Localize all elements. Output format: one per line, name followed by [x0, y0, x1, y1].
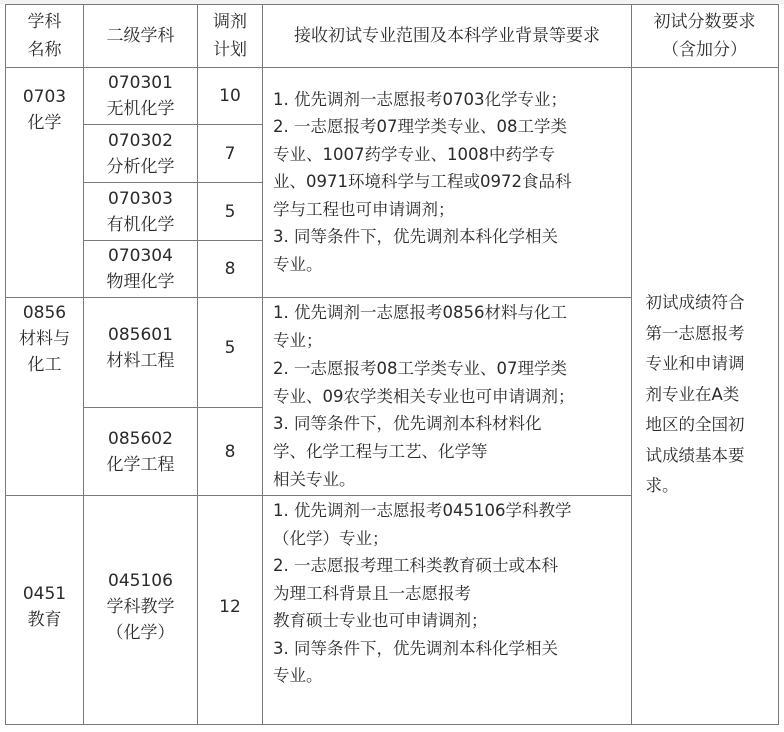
- discipline-name: 化学: [27, 110, 61, 136]
- requirements-text: 1. 优先调剂一志愿报考045106学科教学 （化学）专业； 2. 一志愿报考理…: [273, 497, 571, 690]
- plan-cell: 8: [197, 240, 264, 298]
- sub-discipline-cell: 085601 材料工程: [83, 297, 199, 409]
- plan-value: 12: [219, 594, 241, 620]
- discipline-cell-0451: 0451 教育: [5, 495, 84, 725]
- discipline-cell-0856: 0856 材料与 化工: [5, 297, 84, 497]
- discipline-code: 0703: [23, 84, 66, 110]
- plan-cell: 10: [197, 67, 264, 126]
- header-plan: 调剂 计划: [197, 4, 264, 68]
- sub-name: 化学工程: [107, 452, 175, 478]
- sub-code: 070303: [108, 186, 173, 212]
- plan-cell: 5: [197, 182, 264, 242]
- header-text: 调剂: [213, 8, 247, 36]
- plan-value: 8: [225, 256, 236, 282]
- plan-value: 10: [219, 83, 241, 109]
- header-text: 学科: [28, 8, 62, 36]
- plan-value: 8: [225, 439, 236, 465]
- discipline-code: 0451: [23, 581, 66, 607]
- header-text: 二级学科: [107, 22, 175, 50]
- sub-name: 无机化学: [107, 96, 175, 122]
- requirements-text: 1. 优先调剂一志愿报考0856材料与化工 专业； 2. 一志愿报考08工学类专…: [273, 299, 575, 494]
- header-text: 名称: [28, 36, 62, 64]
- sub-name: 物理化学: [107, 269, 175, 295]
- header-requirements: 接收初试专业范围及本科学业背景等要求: [262, 4, 632, 68]
- plan-value: 5: [225, 335, 236, 361]
- header-text: 计划: [213, 36, 247, 64]
- discipline-name: 材料与: [19, 326, 70, 352]
- sub-code: 070302: [108, 128, 173, 154]
- sub-name: 学科教学: [107, 594, 175, 620]
- sub-discipline-cell: 070302 分析化学: [83, 124, 199, 184]
- header-text: 初试分数要求: [654, 8, 756, 36]
- sub-code: 070304: [108, 243, 173, 269]
- sub-discipline-cell: 085602 化学工程: [83, 407, 199, 497]
- score-requirement-cell: 初试成绩符合 第一志愿报考 专业和申请调 剂专业在A类 地区的全国初 试成绩基本…: [631, 67, 779, 726]
- header-text: 接收初试专业范围及本科学业背景等要求: [294, 22, 600, 50]
- sub-discipline-cell: 070304 物理化学: [83, 240, 199, 298]
- plan-cell: 8: [197, 407, 264, 497]
- header-text: （含加分）: [662, 36, 747, 64]
- discipline-name: 教育: [27, 607, 61, 633]
- sub-discipline-cell: 070303 有机化学: [83, 182, 199, 242]
- header-discipline-name: 学科 名称: [5, 4, 84, 68]
- discipline-name: 化工: [28, 352, 62, 378]
- plan-cell: 12: [197, 495, 264, 725]
- requirements-cell-0451: 1. 优先调剂一志愿报考045106学科教学 （化学）专业； 2. 一志愿报考理…: [262, 495, 632, 725]
- sub-name: 分析化学: [107, 154, 175, 180]
- sub-code: 045106: [108, 568, 173, 594]
- sub-code: 085601: [108, 322, 173, 348]
- plan-cell: 7: [197, 124, 264, 184]
- requirements-text: 1. 优先调剂一志愿报考0703化学专业； 2. 一志愿报考07理学类专业、08…: [273, 86, 571, 279]
- score-requirement-text: 初试成绩符合 第一志愿报考 专业和申请调 剂专业在A类 地区的全国初 试成绩基本…: [646, 288, 745, 502]
- sub-name: 有机化学: [107, 212, 175, 238]
- sub-name: （化学）: [107, 620, 175, 646]
- sub-discipline-cell: 045106 学科教学 （化学）: [83, 495, 199, 725]
- discipline-code: 0856: [23, 300, 66, 326]
- sub-code: 085602: [108, 426, 173, 452]
- sub-code: 070301: [108, 70, 173, 96]
- header-sub-discipline: 二级学科: [83, 4, 199, 68]
- plan-value: 7: [225, 141, 236, 167]
- discipline-cell-0703: 0703 化学: [5, 67, 84, 298]
- requirements-cell-0856: 1. 优先调剂一志愿报考0856材料与化工 专业； 2. 一志愿报考08工学类专…: [262, 297, 632, 497]
- sub-discipline-cell: 070301 无机化学: [83, 67, 199, 126]
- requirements-cell-0703: 1. 优先调剂一志愿报考0703化学专业； 2. 一志愿报考07理学类专业、08…: [262, 67, 632, 298]
- header-score-requirement: 初试分数要求 （含加分）: [631, 4, 779, 68]
- plan-cell: 5: [197, 297, 264, 409]
- plan-value: 5: [225, 199, 236, 225]
- sub-name: 材料工程: [107, 348, 175, 374]
